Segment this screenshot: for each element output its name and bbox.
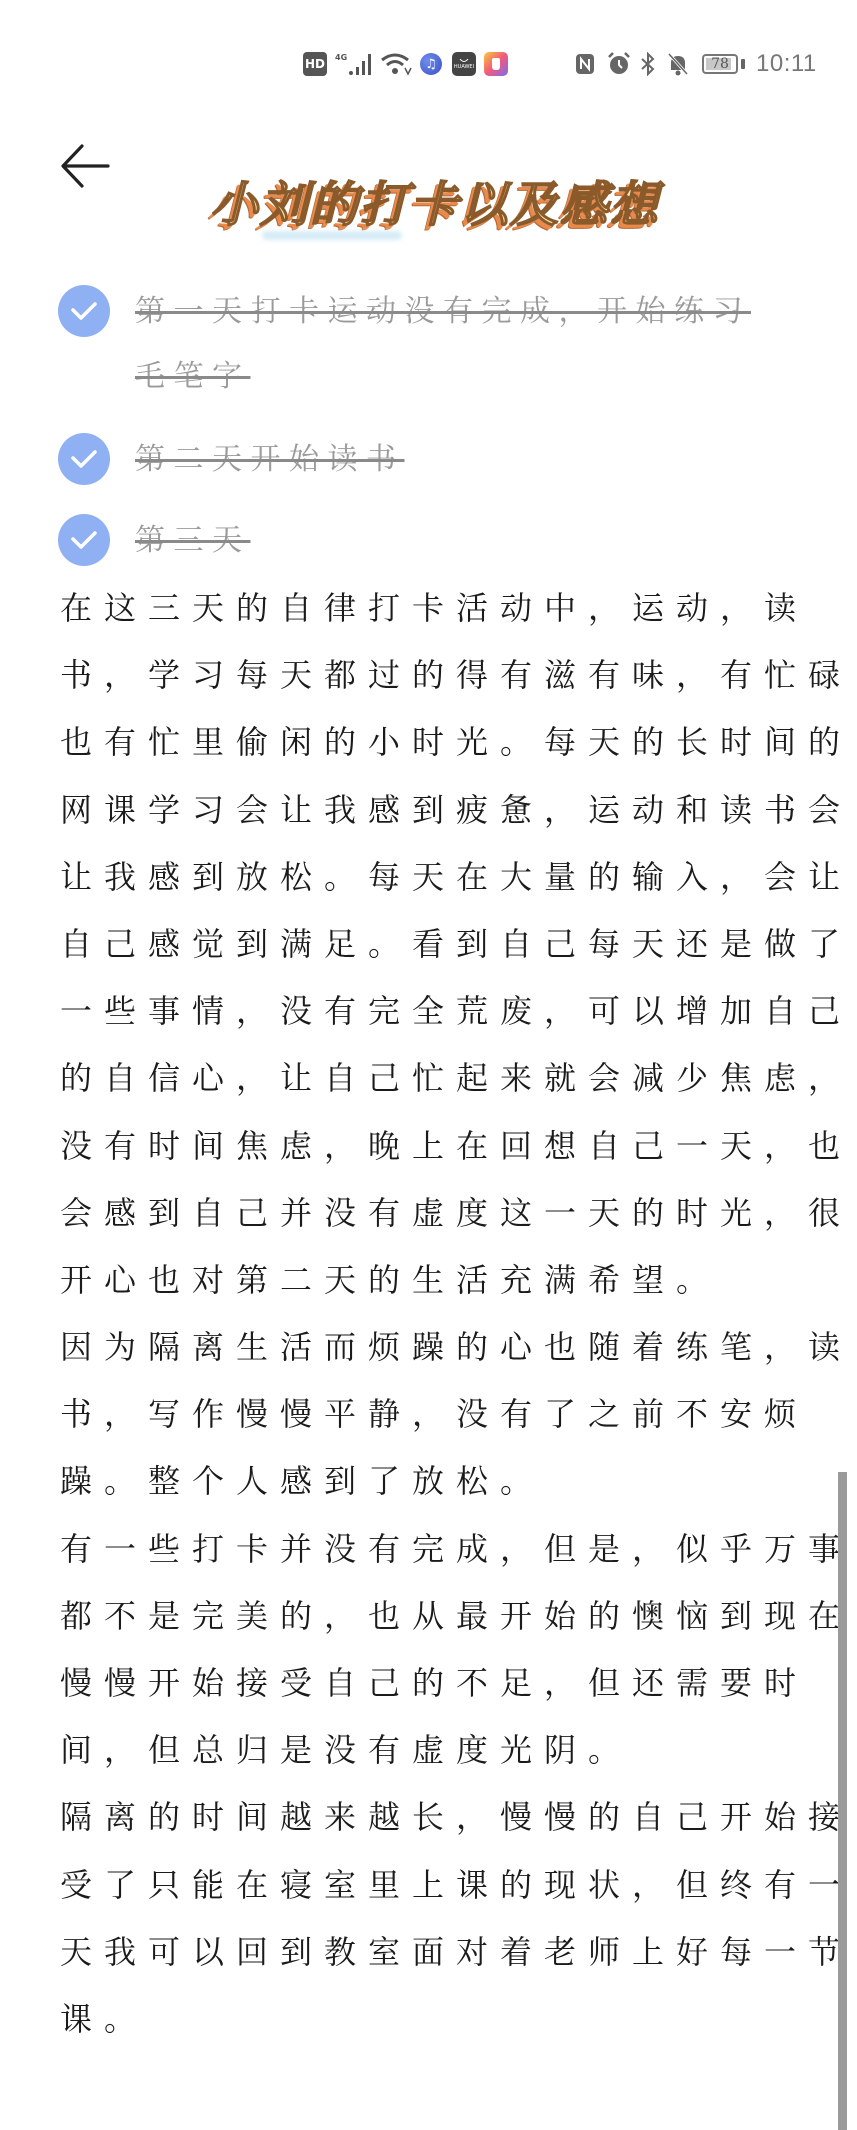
checkmark-icon xyxy=(71,300,97,322)
checklist-item-text: 第一天打卡运动没有完成，开始练习 xyxy=(135,279,751,344)
essay-line: 让我感到放松。每天在大量的输入，会让 xyxy=(60,844,820,911)
mute-bell-icon xyxy=(667,52,689,76)
battery-icon: 78 xyxy=(702,54,738,74)
checkbox-checked[interactable] xyxy=(58,285,110,337)
wifi-icon xyxy=(380,52,414,76)
page-title: 小刘的打卡以及感想 xyxy=(190,166,680,235)
checkmark-icon xyxy=(71,529,97,551)
huawei-appgallery-icon: HUAWEI xyxy=(452,52,476,76)
back-button[interactable] xyxy=(58,140,114,192)
network-label: 4G xyxy=(335,53,347,62)
essay-line: 间，但总归是没有虚度光阴。 xyxy=(60,1717,820,1784)
essay-line: 都不是完美的，也从最开始的懊恼到现在 xyxy=(60,1583,820,1650)
essay-line: 慢慢开始接受自己的不足，但还需要时 xyxy=(60,1650,820,1717)
essay-line: 开心也对第二天的生活充满希望。 xyxy=(60,1247,820,1314)
battery-tip xyxy=(741,59,745,69)
bluetooth-icon xyxy=(640,52,656,76)
hd-label: HD xyxy=(305,57,325,71)
signal-4g-icon: 4G xyxy=(335,52,373,76)
checklist-item-text: 第二天开始读书 xyxy=(135,427,405,492)
checklist-item-text: 毛笔字 xyxy=(135,344,251,409)
essay-line: 躁。整个人感到了放松。 xyxy=(60,1448,820,1515)
essay-line: 在这三天的自律打卡活动中，运动，读 xyxy=(60,575,820,642)
nfc-icon xyxy=(575,52,595,76)
essay-line: 的自信心，让自己忙起来就会减少焦虑， xyxy=(60,1045,820,1112)
essay-body: 在这三天的自律打卡活动中，运动，读 书，学习每天都过的得有滋有味，有忙碌 也有忙… xyxy=(60,575,820,2053)
checkbox-checked[interactable] xyxy=(58,433,110,485)
battery-level: 78 xyxy=(711,56,729,72)
alarm-icon xyxy=(607,52,631,76)
themes-app-icon xyxy=(484,52,508,76)
essay-line: 也有忙里偷闲的小时光。每天的长时间的 xyxy=(60,709,820,776)
essay-line: 书，写作慢慢平静，没有了之前不安烦 xyxy=(60,1381,820,1448)
clock: 10:11 xyxy=(756,50,817,78)
essay-line: 没有时间焦虑，晚上在回想自己一天，也 xyxy=(60,1113,820,1180)
checkmark-icon xyxy=(71,448,97,470)
essay-line: 天我可以回到教室面对着老师上好每一节 xyxy=(60,1919,820,1986)
essay-line: 有一些打卡并没有完成，但是，似乎万事 xyxy=(60,1516,820,1583)
essay-line: 自己感觉到满足。看到自己每天还是做了 xyxy=(60,911,820,978)
checkbox-checked[interactable] xyxy=(58,514,110,566)
essay-line: 一些事情，没有完全荒废，可以增加自己 xyxy=(60,978,820,1045)
title-decoration xyxy=(262,231,402,240)
essay-line: 因为隔离生活而烦躁的心也随着练笔，读 xyxy=(60,1314,820,1381)
hd-icon: HD xyxy=(303,52,327,76)
essay-line: 课。 xyxy=(60,1986,820,2053)
essay-line: 隔离的时间越来越长，慢慢的自己开始接 xyxy=(60,1784,820,1851)
essay-line: 网课学习会让我感到疲惫，运动和读书会 xyxy=(60,777,820,844)
music-app-icon: ♫ xyxy=(420,53,442,75)
essay-line: 受了只能在寝室里上课的现状，但终有一 xyxy=(60,1852,820,1919)
arrow-left-icon xyxy=(58,140,114,192)
scrollbar-thumb[interactable] xyxy=(838,1472,847,2130)
essay-line: 书，学习每天都过的得有滋有味，有忙碌 xyxy=(60,642,820,709)
checklist-item-text: 第三天 xyxy=(135,508,251,573)
status-bar: HD 4G ♫ HUAWEI xyxy=(0,0,857,110)
essay-line: 会感到自己并没有虚度这一天的时光，很 xyxy=(60,1180,820,1247)
